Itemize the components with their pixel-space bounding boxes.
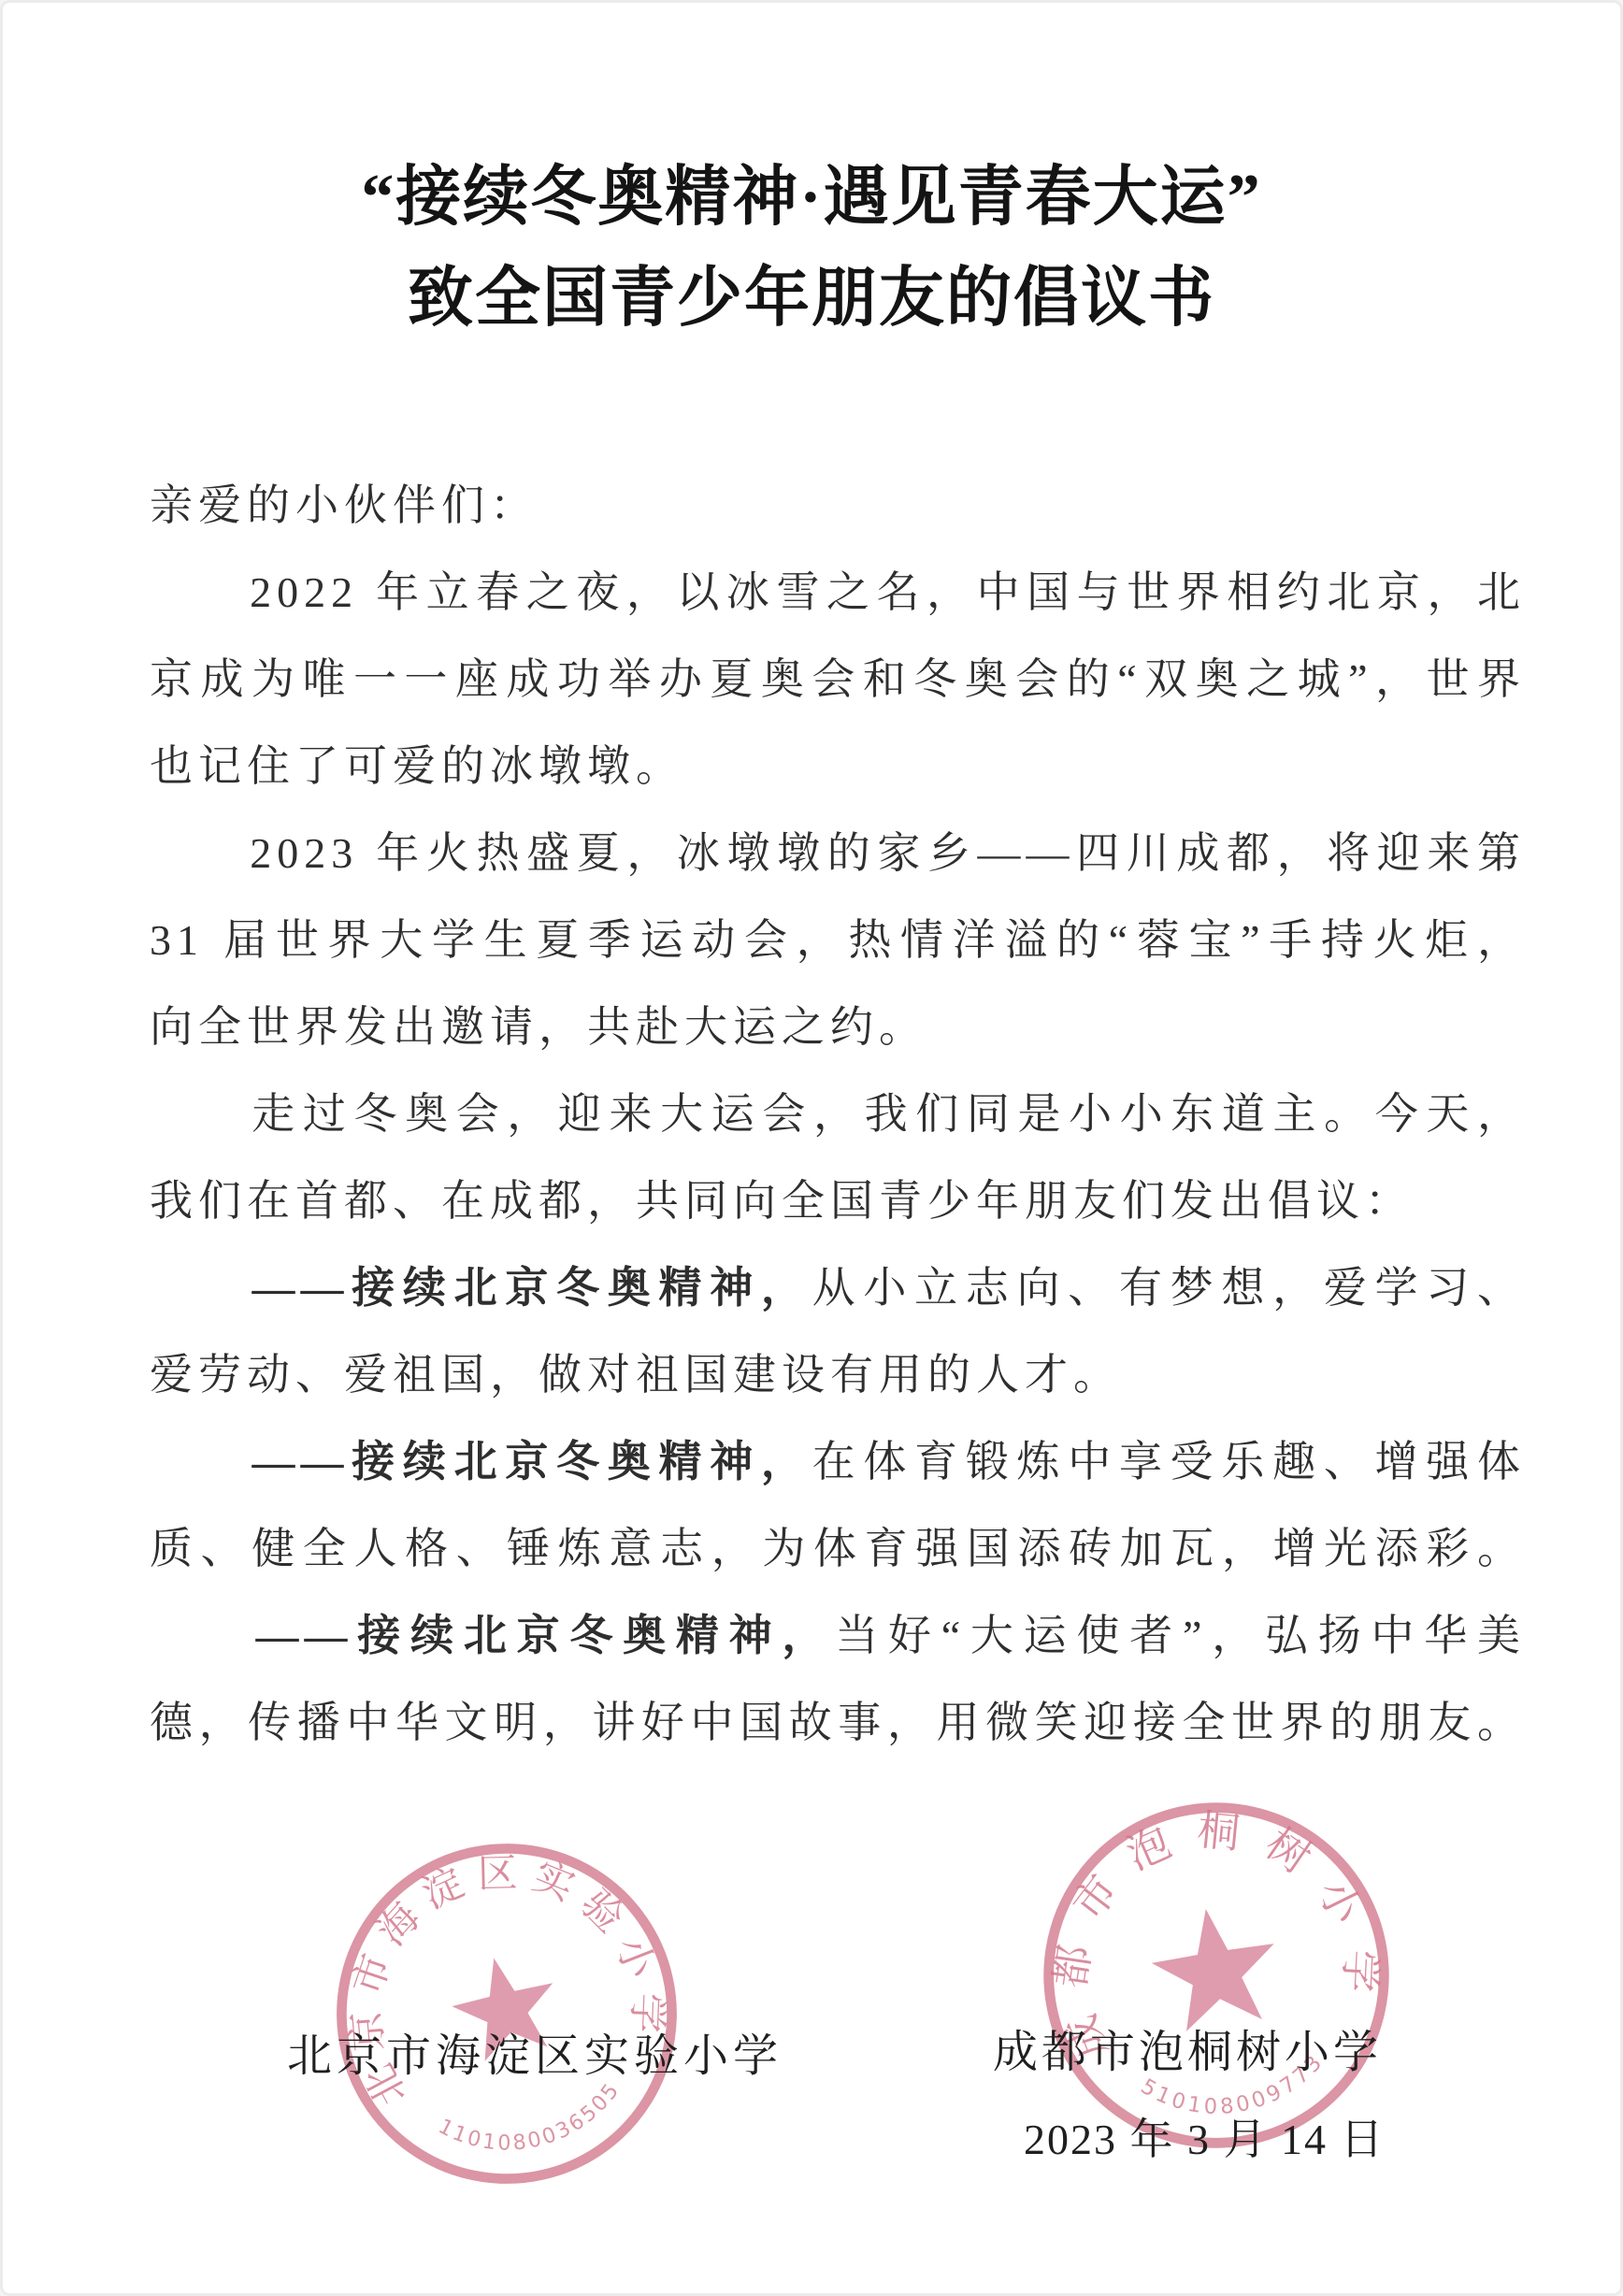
- body-line: 2022 年立春之夜，以冰雪之名，中国与世界相约北京，北: [150, 549, 1526, 636]
- body-line-bold: ——接续北京冬奥精神，: [150, 1264, 812, 1312]
- body-line: 也记住了可爱的冰墩墩。: [150, 723, 1526, 810]
- body-line: 德，传播中华文明，讲好中国故事，用微笑迎接全世界的朋友。: [150, 1679, 1526, 1766]
- body-line: 亲爱的小伙伴们：: [150, 462, 1526, 549]
- body-line-text: 质、健全人格、锤炼意志，为体育强国添砖加瓦，增光添彩。: [150, 1525, 1526, 1572]
- body-line-text: 向全世界发出邀请，共赴大运之约。: [150, 1003, 927, 1051]
- seal-star-icon: [1144, 1900, 1285, 2035]
- body-line: 向全世界发出邀请，共赴大运之约。: [150, 983, 1526, 1070]
- body-line-bold: ——接续北京冬奥精神，: [150, 1438, 812, 1485]
- document-body: 亲爱的小伙伴们： 2022 年立春之夜，以冰雪之名，中国与世界相约北京，北 京成…: [150, 462, 1526, 1766]
- signature-date: 2023 年 3 月 14 日: [1024, 2105, 1386, 2167]
- beijing-school-seal: 北京市海淀区实验小学 1101080036505: [325, 1832, 688, 2195]
- chengdu-school-seal: 成都市泡桐树小学 510108009773: [1032, 1791, 1400, 2160]
- document-title-line1: “接续冬奥精神·遇见青春大运”: [0, 156, 1623, 240]
- seal-serial-number: 1101080036505: [430, 2074, 634, 2174]
- body-line-text: 德，传播中华文明，讲好中国故事，用微笑迎接全世界的朋友。: [150, 1699, 1526, 1746]
- svg-text:1101080036505: 1101080036505: [430, 2074, 634, 2174]
- body-line-text: 京成为唯一一座成功举办夏奥会和冬奥会的“双奥之城”，世界: [150, 655, 1526, 703]
- body-line-text: 从小立志向、有梦想，爱学习、: [812, 1264, 1526, 1312]
- signature-school-beijing: 北京市海淀区实验小学: [287, 2019, 783, 2084]
- body-line: 走过冬奥会，迎来大运会，我们同是小小东道主。今天，: [150, 1070, 1526, 1157]
- body-line: ——接续北京冬奥精神，在体育锻炼中享受乐趣、增强体: [150, 1418, 1526, 1505]
- body-line-text: 亲爱的小伙伴们：: [150, 481, 539, 529]
- body-line-text: 走过冬奥会，迎来大运会，我们同是小小东道主。今天，: [150, 1090, 1526, 1138]
- body-line-text: 2022 年立春之夜，以冰雪之名，中国与世界相约北京，北: [150, 568, 1526, 616]
- body-line: 我们在首都、在成都，共同向全国青少年朋友们发出倡议：: [150, 1157, 1526, 1244]
- document-title-line2: 致全国青少年朋友的倡议书: [0, 257, 1623, 341]
- signature-school-chengdu: 成都市泡桐树小学: [993, 2016, 1382, 2080]
- body-line-text: 我们在首都、在成都，共同向全国青少年朋友们发出倡议：: [150, 1177, 1414, 1225]
- body-line-text: 当好“大运使者”，弘扬中华美: [835, 1612, 1526, 1659]
- seal-graphic-left: 北京市海淀区实验小学 1101080036505: [325, 1832, 688, 2195]
- seal-graphic-right: 成都市泡桐树小学 510108009773: [1032, 1791, 1400, 2160]
- body-line: 31 届世界大学生夏季运动会，热情洋溢的“蓉宝”手持火炬，: [150, 897, 1526, 983]
- body-line: ——接续北京冬奥精神，从小立志向、有梦想，爱学习、: [150, 1244, 1526, 1331]
- body-line: 质、健全人格、锤炼意志，为体育强国添砖加瓦，增光添彩。: [150, 1505, 1526, 1592]
- body-line-text: 也记住了可爱的冰墩墩。: [150, 742, 684, 790]
- body-line: ——接续北京冬奥精神，当好“大运使者”，弘扬中华美: [150, 1592, 1526, 1679]
- body-line: 2023 年火热盛夏，冰墩墩的家乡——四川成都，将迎来第: [150, 810, 1526, 897]
- body-line: 爱劳动、爱祖国，做对祖国建设有用的人才。: [150, 1331, 1526, 1418]
- body-line-text: 在体育锻炼中享受乐趣、增强体: [812, 1438, 1526, 1485]
- body-line: 京成为唯一一座成功举办夏奥会和冬奥会的“双奥之城”，世界: [150, 636, 1526, 723]
- body-line-bold: ——接续北京冬奥精神，: [150, 1612, 835, 1659]
- document-page: “接续冬奥精神·遇见青春大运” 致全国青少年朋友的倡议书 亲爱的小伙伴们： 20…: [0, 0, 1623, 2296]
- body-line-text: 31 届世界大学生夏季运动会，热情洋溢的“蓉宝”手持火炬，: [150, 916, 1526, 964]
- body-line-text: 2023 年火热盛夏，冰墩墩的家乡——四川成都，将迎来第: [150, 829, 1526, 877]
- body-line-text: 爱劳动、爱祖国，做对祖国建设有用的人才。: [150, 1351, 1122, 1399]
